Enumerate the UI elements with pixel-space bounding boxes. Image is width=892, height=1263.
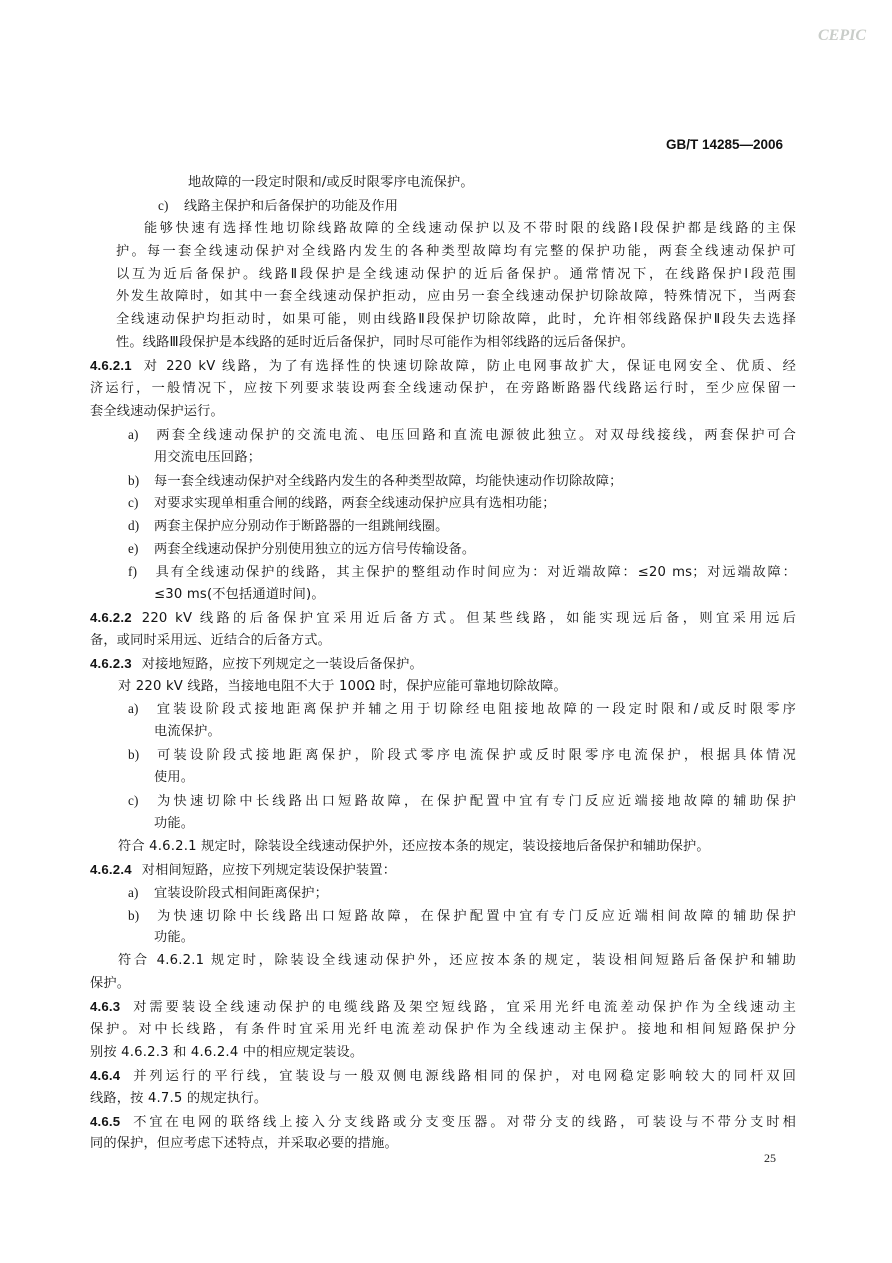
text-line: 电流保护。 bbox=[116, 721, 796, 744]
clause-text: 对需要装设全线速动保护的电缆线路及架空短线路，宜采用光纤电流差动保护作为全线速动… bbox=[130, 1000, 796, 1015]
clause-465: 4.6.5不宜在电网的联络线上接入分支线路或分支变压器。对带分支的线路，可装设与… bbox=[90, 1111, 796, 1134]
item-label: b) bbox=[128, 905, 154, 928]
item-label: c) bbox=[128, 790, 154, 813]
clause-number: 4.6.4 bbox=[90, 1068, 120, 1083]
item-label: a) bbox=[128, 882, 154, 905]
text-line: 全线速动保护均拒动时，如果可能，则由线路Ⅱ段保护切除故障，此时，允许相邻线路保护… bbox=[116, 309, 796, 332]
text-line: 外发生故障时，如其中一套全线速动保护拒动，应由另一套全线速动保护切除故障，特殊情… bbox=[116, 286, 796, 309]
item-text: 具有全线速动保护的线路，其主保护的整组动作时间应为：对近端故障：≤20 ms；对… bbox=[154, 565, 796, 580]
text-line: 别按 4.6.2.3 和 4.6.2.4 中的相应规定装设。 bbox=[90, 1042, 796, 1065]
text-line: 保护。 bbox=[90, 973, 796, 996]
page-body: 地故障的一段定时限和/或反时限零序电流保护。 c)线路主保护和后备保护的功能及作… bbox=[116, 172, 796, 1156]
list-item-c: c)对要求实现单相重合闸的线路，两套全线速动保护应具有选相功能； bbox=[116, 492, 796, 515]
text-line: 性。线路Ⅲ段保护是本线路的延时近后备保护，同时尽可能作为相邻线路的远后备保护。 bbox=[116, 332, 796, 355]
list-item-a: a)宜装设阶段式相间距离保护； bbox=[116, 882, 796, 905]
text-line: 济运行，一般情况下，应按下列要求装设两套全线速动保护，在旁路断路器代线路运行时，… bbox=[90, 378, 796, 401]
list-item-b: b)可装设阶段式接地距离保护，阶段式零序电流保护或反时限零序电流保护，根据具体情… bbox=[116, 744, 796, 767]
item-label: b) bbox=[128, 744, 154, 767]
item-label: f) bbox=[128, 561, 154, 584]
clause-text: 对 220 kV 线路，为了有选择性的快速切除故障，防止电网事故扩大，保证电网安… bbox=[142, 359, 796, 374]
item-label: d) bbox=[128, 515, 154, 538]
item-label: c) bbox=[158, 195, 184, 218]
text-line: 功能。 bbox=[116, 813, 796, 836]
clause-number: 4.6.3 bbox=[90, 999, 120, 1014]
clause-463: 4.6.3对需要装设全线速动保护的电缆线路及架空短线路，宜采用光纤电流差动保护作… bbox=[90, 996, 796, 1019]
standard-code: GB/T 14285—2006 bbox=[666, 137, 783, 152]
list-item-b: b)为快速切除中长线路出口短路故障，在保护配置中宜有专门反应近端相间故障的辅助保… bbox=[116, 905, 796, 928]
clause-text: 并列运行的平行线，宜装设与一般双侧电源线路相同的保护，对电网稳定影响较大的同杆双… bbox=[130, 1069, 796, 1084]
clause-number: 4.6.2.2 bbox=[90, 610, 132, 625]
item-text: 宜装设阶段式相间距离保护； bbox=[154, 886, 328, 901]
clause-4622: 4.6.2.2220 kV 线路的后备保护宜采用近后备方式。但某些线路，如能实现… bbox=[90, 607, 796, 630]
list-item-d: d)两套主保护应分别动作于断路器的一组跳闸线圈。 bbox=[116, 515, 796, 538]
text-line: 用交流电压回路； bbox=[116, 447, 796, 470]
item-text: 线路主保护和后备保护的功能及作用 bbox=[184, 199, 398, 214]
item-text: 宜装设阶段式接地距离保护并辅之用于切除经电阻接地故障的一段定时限和/或反时限零序 bbox=[154, 702, 796, 717]
text-line: 同的保护，但应考虑下述特点，并采取必要的措施。 bbox=[90, 1133, 796, 1156]
list-item-a: a)两套全线速动保护的交流电流、电压回路和直流电源彼此独立。对双母线接线，两套保… bbox=[116, 424, 796, 447]
page-number: 25 bbox=[764, 1151, 776, 1166]
text-line: 能够快速有选择性地切除线路故障的全线速动保护以及不带时限的线路Ⅰ段保护都是线路的… bbox=[116, 218, 796, 241]
list-item-c: c)线路主保护和后备保护的功能及作用 bbox=[116, 195, 796, 218]
clause-4623: 4.6.2.3对接地短路，应按下列规定之一装设后备保护。 bbox=[90, 653, 796, 676]
text-line: 地故障的一段定时限和/或反时限零序电流保护。 bbox=[116, 172, 796, 195]
list-item-f: f)具有全线速动保护的线路，其主保护的整组动作时间应为：对近端故障：≤20 ms… bbox=[116, 561, 796, 584]
item-text: 两套全线速动保护分别使用独立的远方信号传输设备。 bbox=[154, 542, 475, 557]
item-text: 可装设阶段式接地距离保护，阶段式零序电流保护或反时限零序电流保护，根据具体情况 bbox=[154, 748, 796, 763]
item-label: c) bbox=[128, 492, 154, 515]
clause-number: 4.6.2.1 bbox=[90, 358, 132, 373]
text-line: ≤30 ms(不包括通道时间)。 bbox=[116, 584, 796, 607]
text-line: 功能。 bbox=[116, 927, 796, 950]
item-text: 两套主保护应分别动作于断路器的一组跳闸线圈。 bbox=[154, 519, 449, 534]
item-label: e) bbox=[128, 538, 154, 561]
list-item-b: b)每一套全线速动保护对全线路内发生的各种类型故障，均能快速动作切除故障； bbox=[116, 470, 796, 493]
text-line: 套全线速动保护运行。 bbox=[90, 401, 796, 424]
item-text: 对要求实现单相重合闸的线路，两套全线速动保护应具有选相功能； bbox=[154, 496, 556, 511]
clause-4621: 4.6.2.1对 220 kV 线路，为了有选择性的快速切除故障，防止电网事故扩… bbox=[90, 355, 796, 378]
clause-text: 对相间短路，应按下列规定装设保护装置： bbox=[142, 863, 396, 878]
list-item-e: e)两套全线速动保护分别使用独立的远方信号传输设备。 bbox=[116, 538, 796, 561]
text-line: 对 220 kV 线路，当接地电阻不大于 100Ω 时，保护应能可靠地切除故障。 bbox=[116, 676, 796, 699]
clause-text: 220 kV 线路的后备保护宜采用近后备方式。但某些线路，如能实现远后备，则宜采… bbox=[142, 611, 796, 626]
item-text: 两套全线速动保护的交流电流、电压回路和直流电源彼此独立。对双母线接线，两套保护可… bbox=[154, 428, 796, 443]
text-line: 保护。对中长线路，有条件时宜采用光纤电流差动保护作为全线速动主保护。接地和相间短… bbox=[90, 1019, 796, 1042]
note-line: 符合 4.6.2.1 规定时，除装设全线速动保护外，还应按本条的规定，装设相间短… bbox=[116, 950, 796, 973]
text-line: 护。每一套全线速动保护对全线路内发生的各种类型故障均有完整的保护功能，两套全线速… bbox=[116, 241, 796, 264]
list-item-a: a)宜装设阶段式接地距离保护并辅之用于切除经电阻接地故障的一段定时限和/或反时限… bbox=[116, 698, 796, 721]
clause-text: 不宜在电网的联络线上接入分支线路或分支变压器。对带分支的线路，可装设与不带分支时… bbox=[130, 1115, 796, 1130]
text-line: 备，或同时采用远、近结合的后备方式。 bbox=[90, 630, 796, 653]
clause-464: 4.6.4并列运行的平行线，宜装设与一般双侧电源线路相同的保护，对电网稳定影响较… bbox=[90, 1065, 796, 1088]
item-text: 为快速切除中长线路出口短路故障，在保护配置中宜有专门反应近端相间故障的辅助保护 bbox=[154, 909, 796, 924]
item-label: a) bbox=[128, 424, 154, 447]
clause-text: 对接地短路，应按下列规定之一装设后备保护。 bbox=[142, 657, 423, 672]
text-line: 以互为近后备保护。线路Ⅱ段保护是全线速动保护的近后备保护。通常情况下，在线路保护… bbox=[116, 264, 796, 287]
item-label: a) bbox=[128, 698, 154, 721]
cepic-watermark: CEPIC bbox=[818, 27, 866, 45]
list-item-c: c)为快速切除中长线路出口短路故障，在保护配置中宜有专门反应近端接地故障的辅助保… bbox=[116, 790, 796, 813]
note-line: 符合 4.6.2.1 规定时，除装设全线速动保护外，还应按本条的规定，装设接地后… bbox=[116, 836, 796, 859]
clause-number: 4.6.2.3 bbox=[90, 656, 132, 671]
text-line: 线路，按 4.7.5 的规定执行。 bbox=[90, 1088, 796, 1111]
item-text: 每一套全线速动保护对全线路内发生的各种类型故障，均能快速动作切除故障； bbox=[154, 474, 623, 489]
item-label: b) bbox=[128, 470, 154, 493]
clause-number: 4.6.5 bbox=[90, 1114, 120, 1129]
clause-number: 4.6.2.4 bbox=[90, 862, 132, 877]
text-line: 使用。 bbox=[116, 767, 796, 790]
item-text: 为快速切除中长线路出口短路故障，在保护配置中宜有专门反应近端接地故障的辅助保护 bbox=[154, 794, 796, 809]
clause-4624: 4.6.2.4对相间短路，应按下列规定装设保护装置： bbox=[90, 859, 796, 882]
